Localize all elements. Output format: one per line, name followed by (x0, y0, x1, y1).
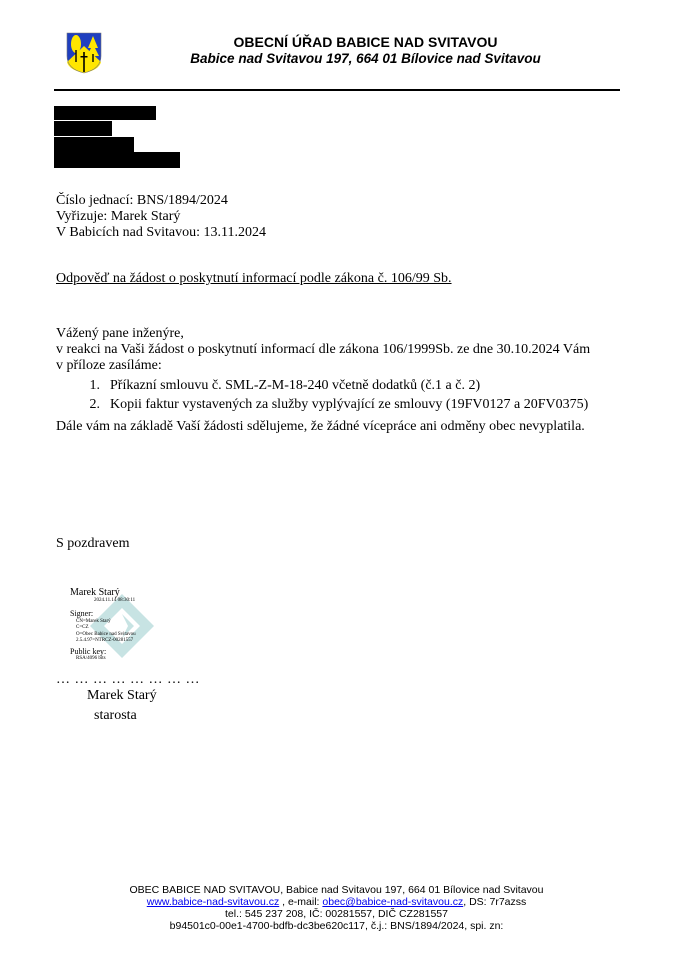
signer-label: Signer: (70, 609, 136, 618)
footer-document-id: b94501c0-00e1-4700-bdfb-dc3be620c117, č.… (0, 921, 673, 933)
footer-ids: tel.: 545 237 208, IČ: 00281557, DIČ CZ2… (0, 909, 673, 921)
closing-statement: Dále vám na základě Vaší žádosti sděluje… (56, 419, 585, 435)
signature-dots: … … … … … … … … (56, 672, 200, 688)
list-item: 2. Kopii faktur vystavených za služby vy… (78, 395, 588, 414)
list-item-number: 1. (78, 376, 110, 395)
redacted-recipient-line (54, 121, 112, 136)
list-item-number: 2. (78, 395, 110, 414)
redacted-recipient-line (54, 152, 180, 168)
footer-contacts: www.babice-nad-svitavou.cz , e-mail: obe… (0, 897, 673, 909)
header-divider (54, 89, 620, 91)
footer-address: OBEC BABICE NAD SVITAVOU, Babice nad Svi… (0, 885, 673, 897)
signer-line: 2.5.4.97=NTRCZ-00281557 (76, 638, 136, 645)
signature-timestamp: 2024.11.14 08:30:11 (70, 598, 136, 605)
handled-by: Vyřizuje: Marek Starý (56, 209, 180, 225)
signatory-role: starosta (94, 708, 137, 724)
reference-number: Číslo jednací: BNS/1894/2024 (56, 193, 228, 209)
public-key-label: Public key: (70, 647, 136, 656)
email-label: , e-mail: (279, 896, 322, 908)
digital-signature: Marek Starý 2024.11.14 08:30:11 Signer: … (70, 587, 136, 662)
salutation: Vážený pane inženýre, (56, 326, 184, 342)
regards: S pozdravem (56, 536, 129, 552)
list-item: 1. Příkazní smlouvu č. SML-Z-M-18-240 vč… (78, 376, 588, 395)
email-link[interactable]: obec@babice-nad-svitavou.cz (322, 896, 463, 908)
list-item-text: Příkazní smlouvu č. SML-Z-M-18-240 včetn… (110, 376, 480, 395)
intro-text: v reakci na Vaši žádost o poskytnutí inf… (56, 342, 590, 358)
redacted-recipient-line (54, 106, 156, 120)
signature-name: Marek Starý (70, 587, 136, 598)
attachments-list: 1. Příkazní smlouvu č. SML-Z-M-18-240 vč… (78, 376, 588, 414)
subject-line: Odpověď na žádost o poskytnutí informací… (56, 271, 452, 287)
databox-id: , DS: 7r7azss (463, 896, 526, 908)
office-address: Babice nad Svitavou 197, 664 01 Bílovice… (0, 51, 673, 66)
office-title: OBECNÍ ÚŘAD BABICE NAD SVITAVOU (0, 34, 673, 50)
list-item-text: Kopii faktur vystavených za služby vyplý… (110, 395, 588, 414)
place-date: V Babicích nad Svitavou: 13.11.2024 (56, 225, 266, 241)
public-key-value: RSA/4096 bits (70, 656, 136, 663)
intro-text-cont: v příloze zasíláme: (56, 358, 162, 374)
website-link[interactable]: www.babice-nad-svitavou.cz (147, 896, 279, 908)
signatory-name: Marek Starý (87, 688, 157, 704)
redacted-recipient-line (54, 137, 134, 152)
